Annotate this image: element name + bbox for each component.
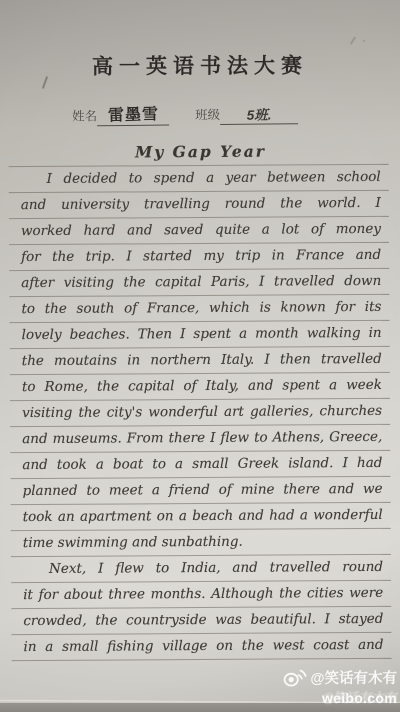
essay-line: planned to meet a friend of mine there a…: [10, 477, 390, 505]
class-underline: 5班.: [220, 103, 298, 125]
weibo-watermark: @笑话有木有 weibo.com @笑话有木有: [283, 668, 397, 706]
essay-line: to Rome, the capital of Italy, and spent…: [10, 373, 390, 401]
essay-line: crowded, the countryside was beautiful. …: [11, 607, 391, 635]
essay-line: time swimming and sunbathing.: [11, 529, 391, 557]
essay-line: after visiting the capital Paris, I trav…: [9, 269, 389, 297]
weibo-eye-icon: [283, 668, 307, 691]
pen-mark: [350, 36, 356, 45]
class-field: 班级 5班.: [195, 103, 298, 125]
essay-line: the moutains in northern Italy. I then t…: [10, 347, 390, 375]
essay-title: My Gap Year: [8, 139, 388, 167]
name-label: 姓名: [72, 106, 97, 126]
pen-mark: [363, 40, 365, 42]
essay-line: it for about three months. Although the …: [11, 581, 391, 609]
handwriting-photo: 高一英语书法大赛 姓名 雷墨雪 班级 5班. My Gap Year I dec…: [0, 0, 400, 712]
class-label: 班级: [195, 105, 220, 125]
class-value: 5班.: [247, 107, 272, 122]
name-underline: 雷墨雪: [97, 107, 169, 127]
essay-line: lovely beaches. Then I spent a month wal…: [10, 321, 390, 349]
essay-line: in a small fishing village on the west c…: [11, 633, 391, 661]
student-info-row: 姓名 雷墨雪 班级 5班.: [72, 97, 370, 126]
essay-line: worked hard and saved quite a lot of mon…: [9, 217, 389, 245]
watermark-account: @笑话有木有: [310, 672, 397, 687]
essay-line: to the south of France, which is known f…: [9, 295, 389, 323]
name-field: 姓名 雷墨雪: [72, 106, 169, 127]
essay-line: I decided to spend a year between school: [9, 165, 389, 193]
page-title: 高一英语书法大赛: [0, 49, 400, 81]
essay-line: and took a boat to a small Greek island.…: [10, 451, 390, 479]
watermark-ghost-text: @笑话有木有: [323, 692, 400, 705]
essay-line: for the trip. I started my trip in Franc…: [9, 243, 389, 271]
watermark-url: weibo.com @笑话有木有: [283, 691, 397, 706]
essay-line: and museums. From there I flew to Athens…: [10, 425, 390, 453]
essay-line: and university travelling round the worl…: [9, 191, 389, 219]
essay-line: visiting the city's wonderful art galler…: [10, 399, 390, 427]
name-value: 雷墨雪: [107, 106, 158, 125]
essay-body: My Gap Year I decided to spend a year be…: [8, 139, 391, 661]
essay-line: Next, I flew to India, and travelled rou…: [11, 555, 391, 583]
essay-line: took an apartment on a beach and had a w…: [11, 503, 391, 531]
